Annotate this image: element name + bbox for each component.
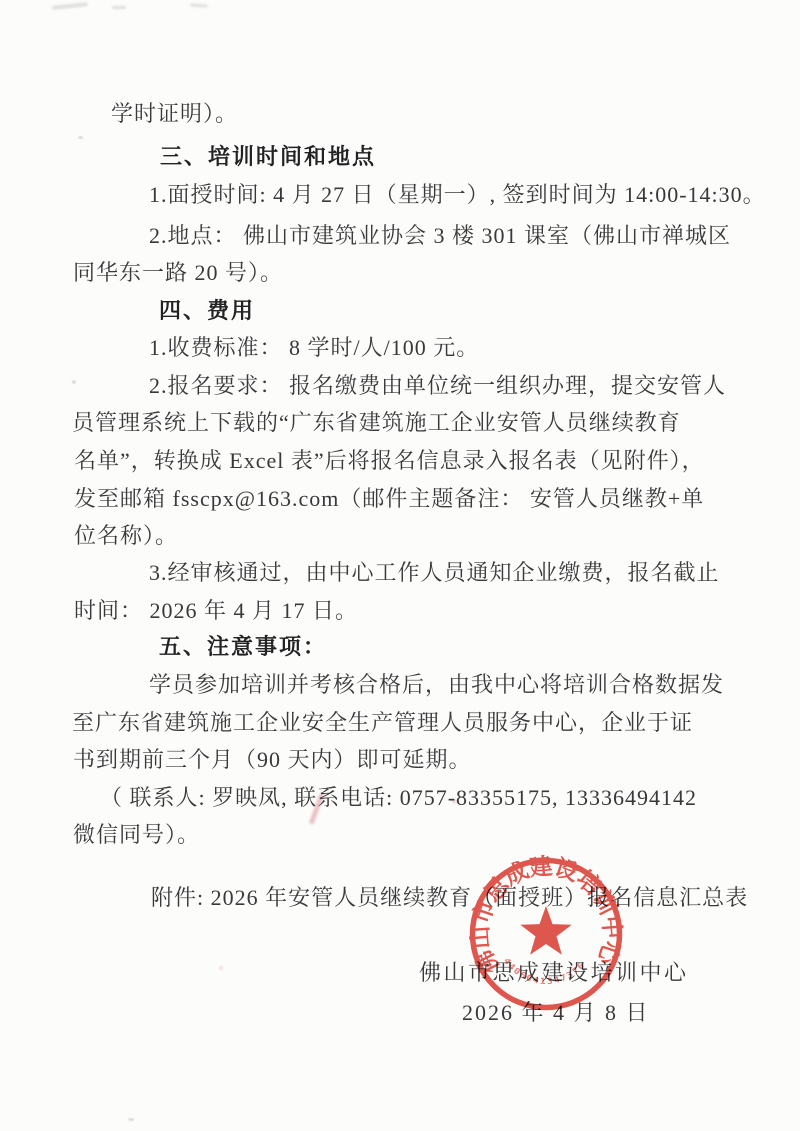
section4-heading: 四、费用 [159,294,255,325]
section5-para1-line3: 书到期前三个月（90 天内）即可延期。 [73,743,472,774]
red-star-icon [520,906,571,955]
scan-speck [72,380,76,384]
section4-item2-line3: 名单”，转换成 Excel 表”后将报名信息录入报名表（见附件）， [74,444,705,475]
section3-item1: 1.面授时间: 4 月 27 日（星期一）, 签到时间为 14:00-14:30… [149,178,766,209]
document-page: 学时证明）。 三、培训时间和地点 1.面授时间: 4 月 27 日（星期一）, … [0,0,800,1131]
section5-para1-line2: 至广东省建筑施工企业安全生产管理人员服务中心，企业于证 [72,706,693,737]
seal-code-text: 4406041347376 [501,956,588,987]
section3-item2-line1: 2.地点： 佛山市建筑业协会 3 楼 301 课室（佛山市禅城区 [149,219,731,250]
scan-smudge [190,3,208,7]
official-seal-stamp: 佛山市思成建设培训中心 4406041347376 [446,834,646,1034]
section3-heading: 三、培训时间和地点 [160,140,376,171]
section5-para2-line2: 微信同号）。 [73,818,200,849]
scan-speck [78,136,83,139]
ink-smudge [219,966,223,970]
svg-text:4406041347376: 4406041347376 [501,956,588,987]
prev-paragraph-tail: 学时证明）。 [111,97,238,128]
section4-item1: 1.收费标准： 8 学时/人/100 元。 [149,331,479,362]
scan-speck [128,1118,134,1121]
scan-smudge [52,2,88,10]
section4-item3-line2: 时间： 2026 年 4 月 17 日。 [74,594,358,625]
section5-para2-line1: （ 联系人: 罗映凤, 联系电话: 0757-83355175, 1333649… [100,781,697,812]
section4-item3-line1: 3.经审核通过，由中心工作人员通知企业缴费，报名截止 [149,556,720,587]
section5-heading: 五、注意事项： [159,630,327,661]
section4-item2-line1: 2.报名要求： 报名缴费由单位统一组织办理，提交安管人 [149,369,726,400]
section4-item2-line5: 位名称）。 [74,519,178,550]
section3-item2-line2: 同华东一路 20 号）。 [73,256,283,287]
scan-smudge [112,6,126,9]
section5-para1-line1: 学员参加培训并考核合格后，由我中心将培训合格数据发 [149,668,724,699]
section4-item2-line2: 员管理系统上下载的“广东省建筑施工企业安管人员继续教育 [72,406,681,437]
section4-item2-line4: 发至邮箱 fsscpx@163.com（邮件主题备注： 安管人员继教+单 [74,482,704,513]
